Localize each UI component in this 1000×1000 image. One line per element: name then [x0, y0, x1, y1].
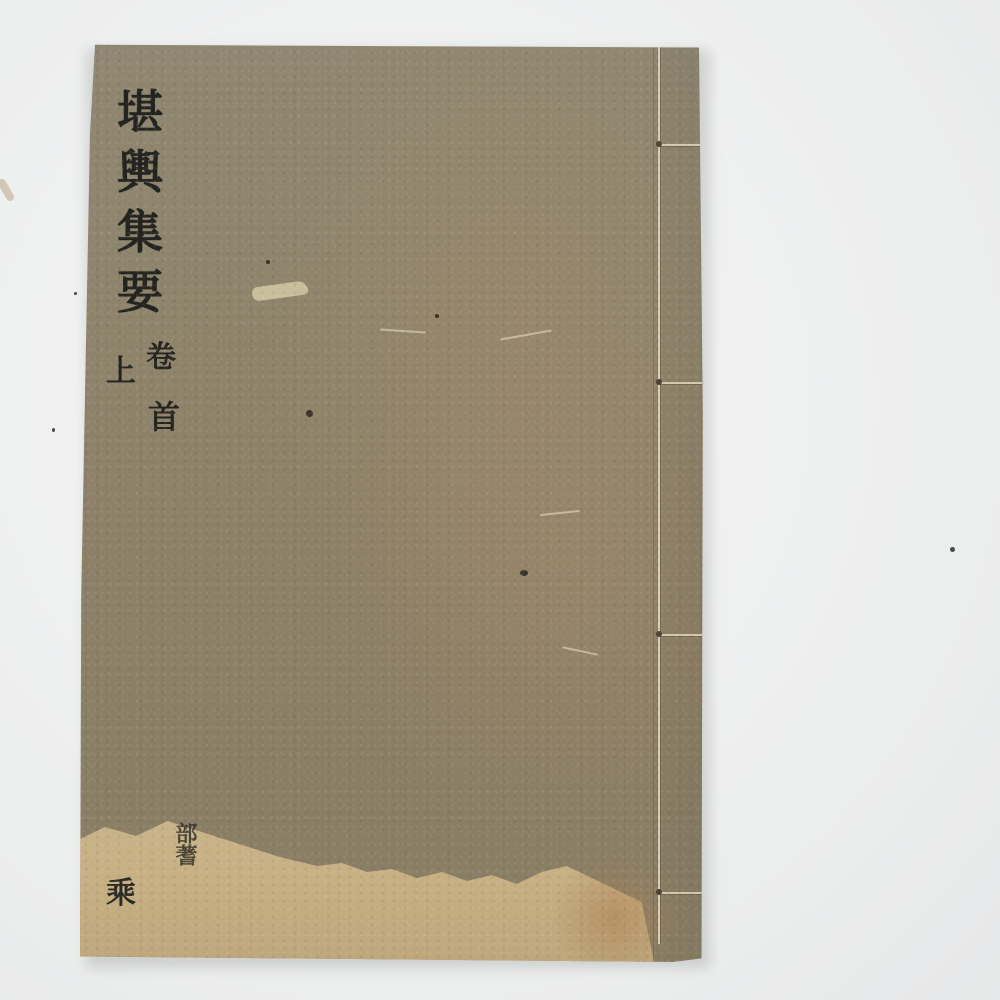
stitch-hole	[656, 141, 662, 147]
binding-stitch	[658, 634, 702, 636]
binding-stitch	[658, 892, 702, 894]
paper-spot	[520, 570, 528, 576]
title-char: 堪	[117, 82, 163, 142]
dust-speck	[74, 292, 77, 295]
title-char: 輿	[117, 142, 163, 202]
volume-label: 卷 首 上	[104, 330, 184, 450]
paper-spot	[266, 260, 270, 264]
paper-fiber	[500, 330, 552, 341]
spine-flap	[653, 42, 704, 962]
stitch-hole	[656, 889, 662, 895]
dust-speck	[950, 547, 955, 552]
torn-damaged-area	[80, 812, 704, 962]
stitch-hole	[656, 631, 662, 637]
title-char: 集	[117, 202, 163, 262]
title-column: 堪 輿 集 要	[108, 82, 172, 322]
part-label: 上	[106, 346, 136, 390]
bottom-text-right: 部蓍	[170, 822, 201, 866]
paper-spot	[435, 314, 439, 318]
stitch-hole	[656, 379, 662, 385]
bottom-text-left: 乘	[106, 868, 136, 912]
paper-spot	[306, 410, 313, 417]
dust-speck	[52, 428, 55, 432]
paper-fiber	[380, 328, 426, 333]
title-char: 要	[117, 262, 163, 322]
water-stain	[550, 852, 680, 962]
stray-fiber	[0, 178, 15, 203]
paper-blemish	[251, 280, 308, 302]
volume-char: 卷	[146, 332, 176, 376]
book-cover: 堪 輿 集 要 卷 首 上 乘 部蓍	[80, 42, 704, 962]
binding-stitch	[658, 382, 702, 384]
binding-thread	[658, 46, 660, 944]
paper-fiber	[540, 510, 580, 516]
volume-char: 首	[148, 392, 180, 438]
paper-fiber	[562, 646, 598, 655]
binding-stitch	[658, 144, 702, 146]
